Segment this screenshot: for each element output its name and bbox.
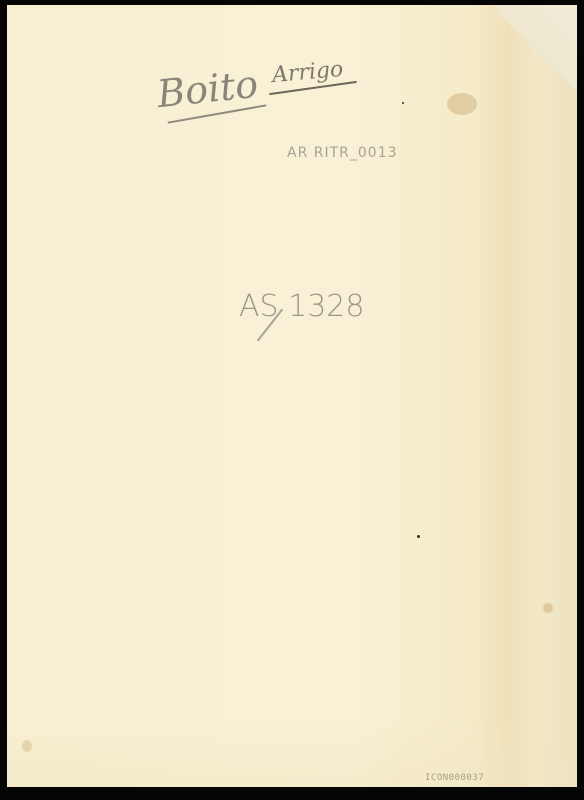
speck [402, 102, 404, 104]
catalog-code: ICON000037 [425, 773, 484, 783]
inventory-number: AS 1328 [239, 289, 364, 324]
stain-bottom-right [543, 603, 553, 613]
speck [417, 535, 420, 538]
stain-left-edge [22, 740, 32, 752]
paper-sheet: Boito Arrigo AR RITR_0013 AS 1328 ICON00… [7, 5, 577, 787]
shelfmark-note: AR RITR_0013 [287, 145, 398, 161]
folded-corner [497, 5, 577, 95]
stain-top-right [447, 93, 477, 115]
